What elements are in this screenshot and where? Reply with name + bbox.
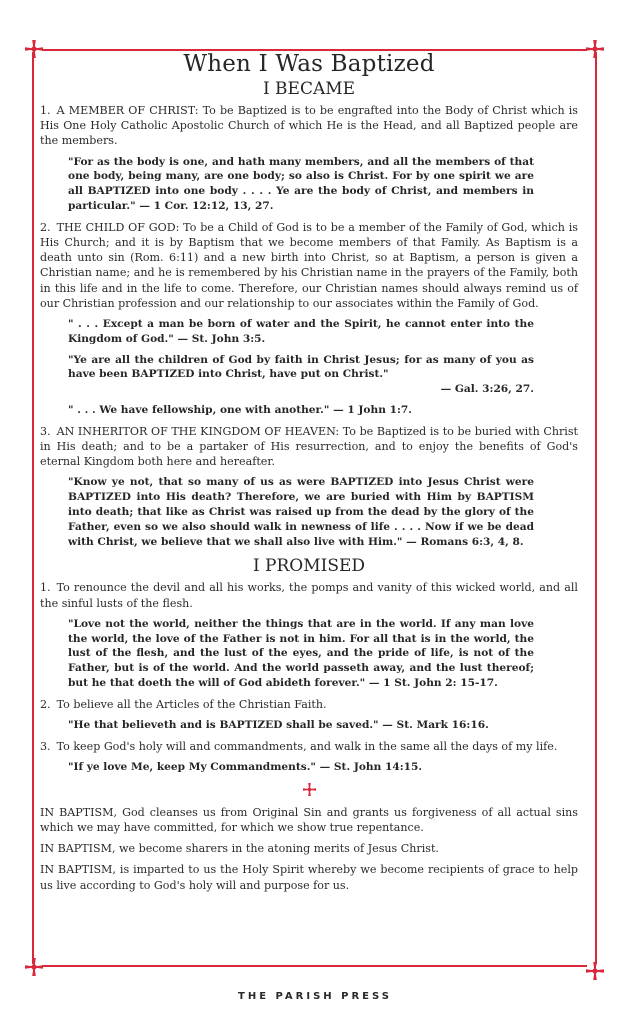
item-number: 3. [40,740,51,753]
scripture-quote: "Know ye not, that so many of us as were… [68,475,534,549]
became-item-2: 2.THE CHILD OF GOD: To be a Child of God… [40,220,578,418]
document-body: When I Was Baptized I BECAME 1.A MEMBER … [40,50,578,899]
scripture-quote: "If ye love Me, keep My Commandments." —… [68,760,534,775]
scripture-reference: — 1 John 1:7. [333,404,412,416]
promised-item-1: 1.To renounce the devil and all his work… [40,580,578,690]
scripture-reference: — St. John 3:5. [177,333,265,345]
cross-pattee-icon [25,958,43,976]
scripture-reference: — 1 Cor. 12:12, 13, 27. [139,200,273,212]
item-text: To believe all the Articles of the Chris… [57,698,327,711]
item-number: 1. [40,104,51,117]
scripture-reference: — St. John 14:15. [320,761,422,773]
closing-paragraph: IN BAPTISM, is imparted to us the Holy S… [40,862,578,892]
scripture-reference: — Romans 6:3, 4, 8. [406,536,523,548]
section-heading-promised: I PROMISED [40,555,578,577]
became-item-1: 1.A MEMBER OF CHRIST: To be Baptized is … [40,103,578,214]
item-text: AN INHERITOR OF THE KINGDOM OF HEAVEN: T… [40,425,578,468]
item-number: 1. [40,581,51,594]
closing-paragraph: IN BAPTISM, God cleanses us from Origina… [40,805,578,835]
scripture-quote: " . . . We have fellowship, one with ano… [68,403,534,418]
cross-divider-icon [40,781,578,799]
promised-item-3: 3.To keep God's holy will and commandmen… [40,739,578,775]
item-number: 3. [40,425,51,438]
scripture-reference: — Gal. 3:26, 27. [68,382,534,397]
scripture-quote: "Ye are all the children of God by faith… [68,353,534,397]
closing-paragraph: IN BAPTISM, we become sharers in the ato… [40,841,578,856]
item-text: To renounce the devil and all his works,… [40,581,578,609]
border-right-rule [595,52,597,964]
promised-item-2: 2.To believe all the Articles of the Chr… [40,697,578,733]
publisher-footer: THE PARISH PRESS [0,991,630,1002]
section-heading-became: I BECAME [40,78,578,100]
item-number: 2. [40,698,51,711]
item-text: THE CHILD OF GOD: To be a Child of God i… [40,221,578,310]
item-text: To keep God's holy will and commandments… [57,740,558,753]
scripture-quote: "For as the body is one, and hath many m… [68,155,534,214]
scripture-quote: "He that believeth and is BAPTIZED shall… [68,718,534,733]
scripture-reference: — 1 St. John 2: 15-17. [369,677,498,689]
cross-pattee-icon [586,962,604,980]
scripture-reference: — St. Mark 16:16. [382,719,489,731]
item-text: A MEMBER OF CHRIST: To be Baptized is to… [40,104,578,147]
item-number: 2. [40,221,51,234]
scripture-quote: "Love not the world, neither the things … [68,617,534,691]
scripture-quote: " . . . Except a man be born of water an… [68,317,534,347]
border-left-rule [32,52,34,964]
became-item-3: 3.AN INHERITOR OF THE KINGDOM OF HEAVEN:… [40,424,578,550]
cross-pattee-icon [586,40,604,58]
border-bottom-rule [42,965,587,967]
page-title: When I Was Baptized [40,50,578,78]
